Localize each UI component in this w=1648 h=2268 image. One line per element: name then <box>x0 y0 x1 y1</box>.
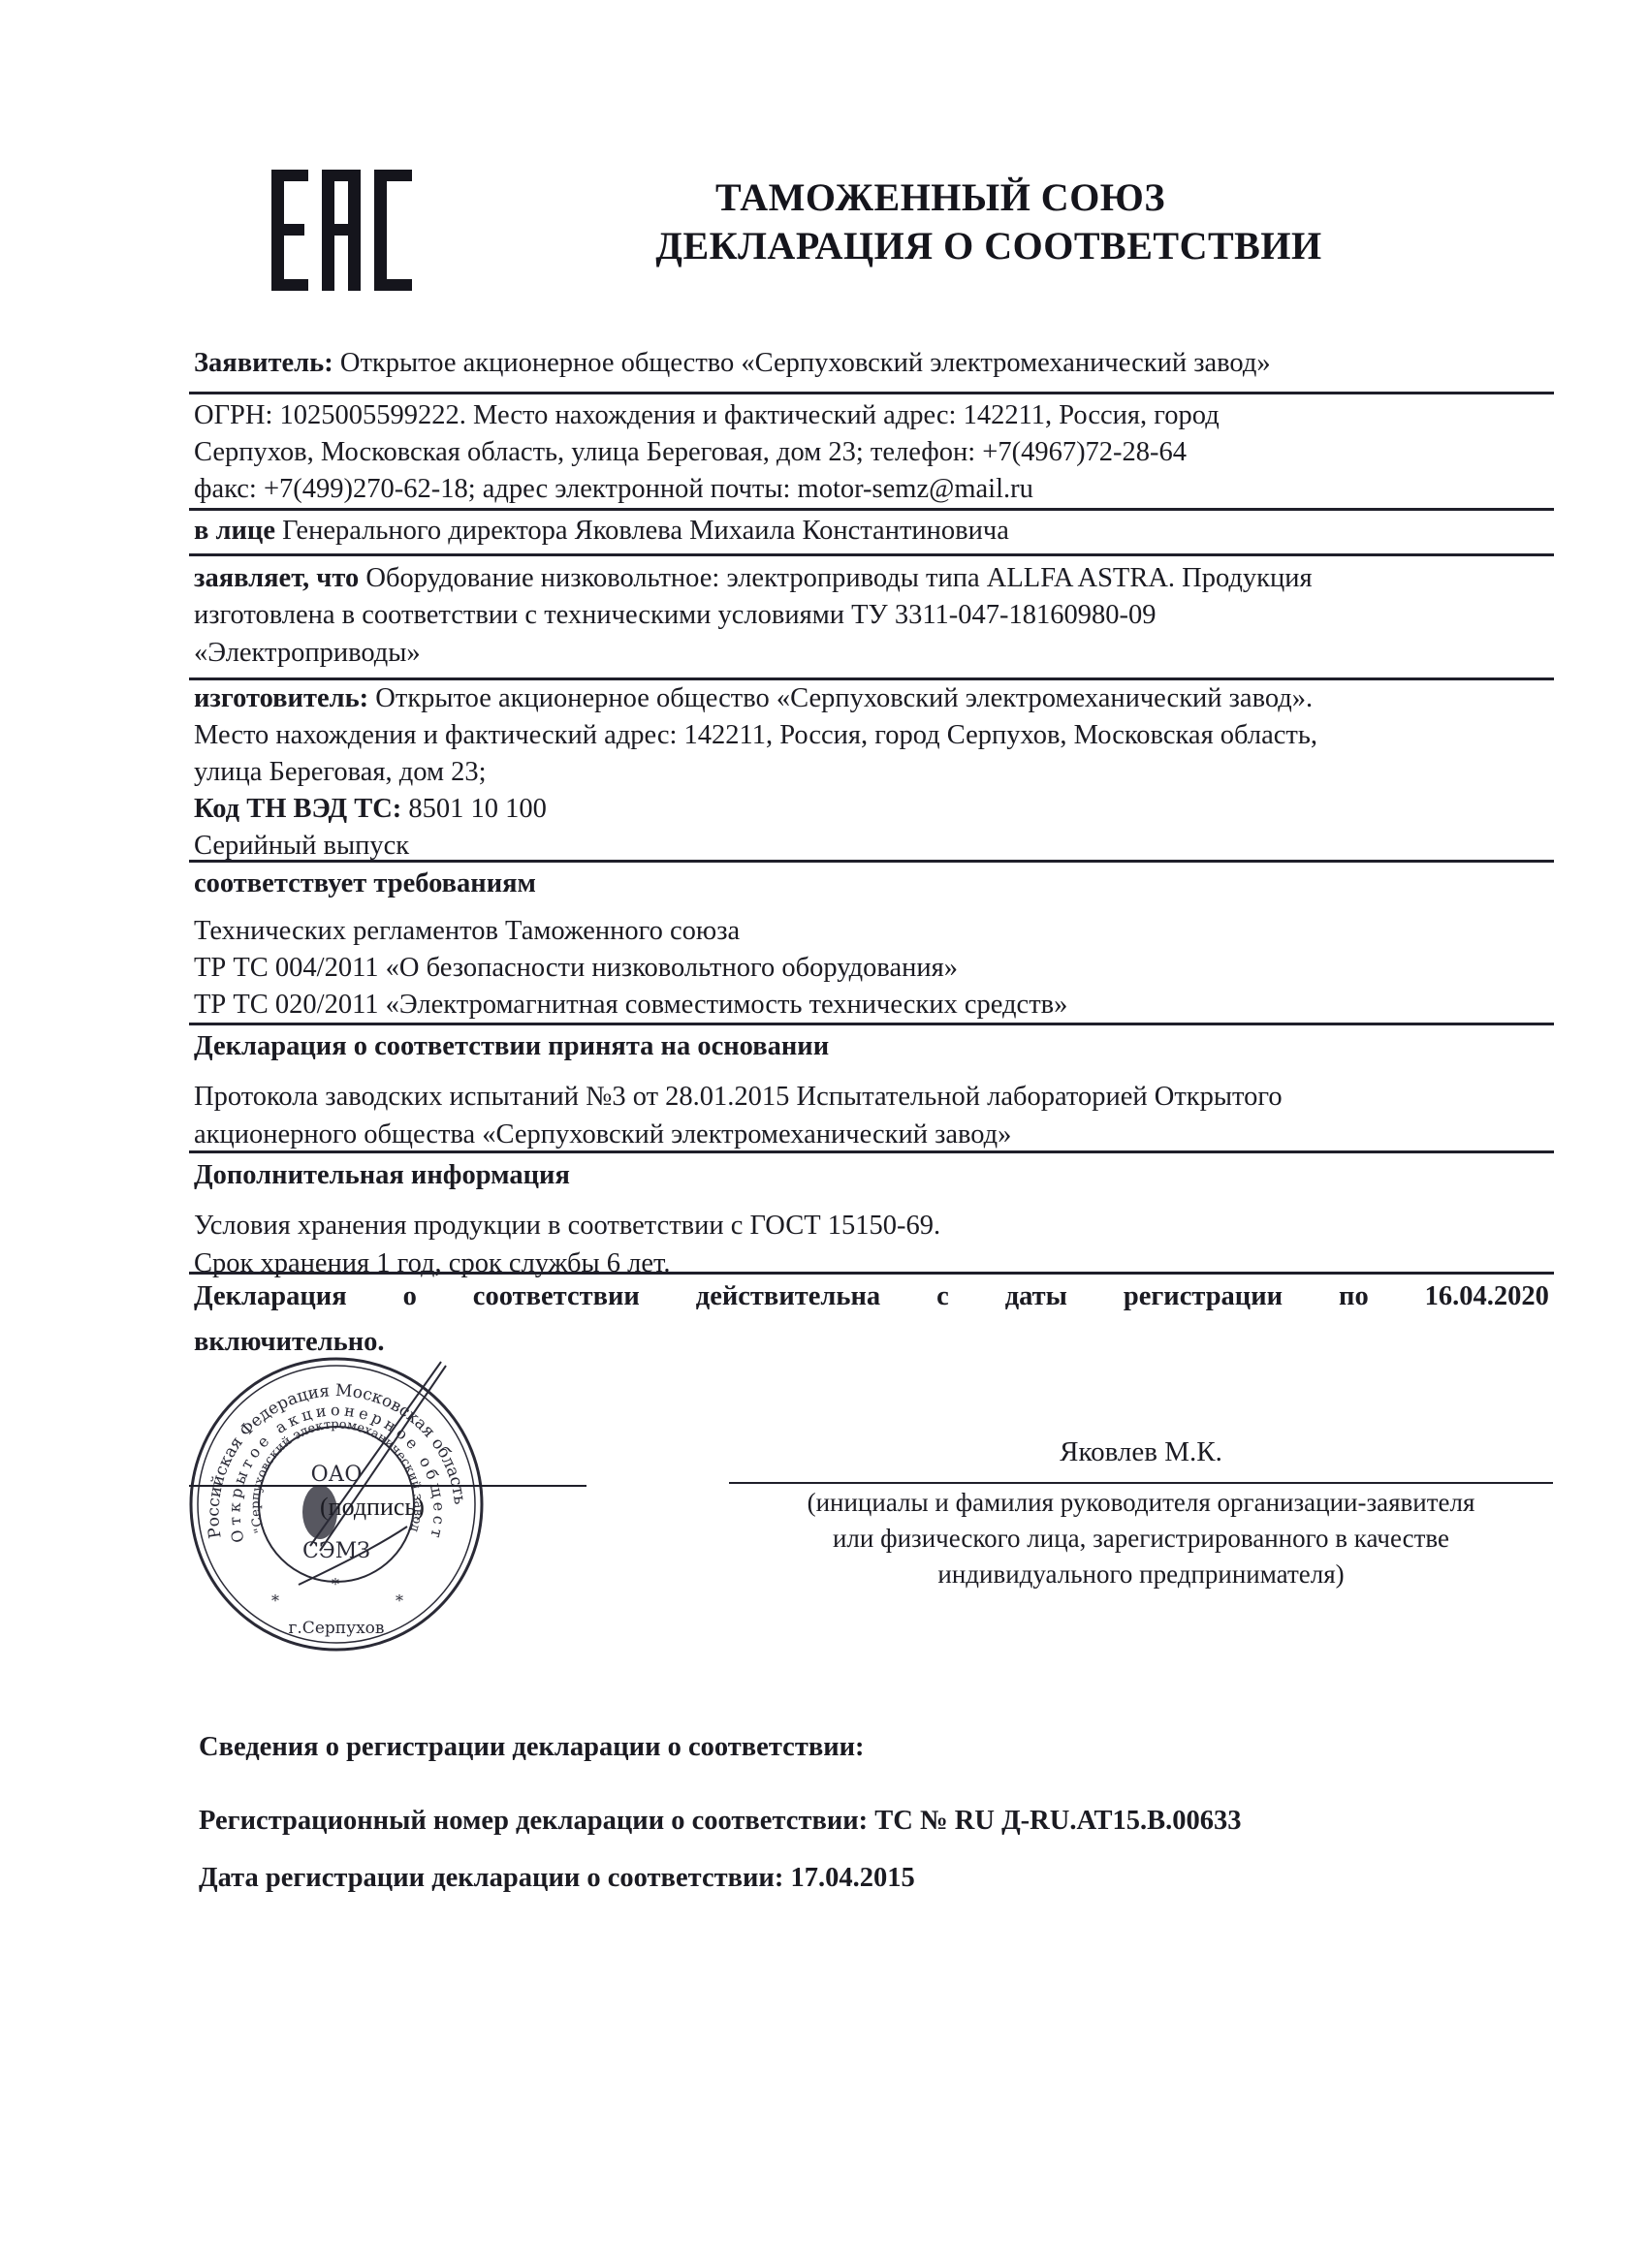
name-line <box>729 1482 1553 1484</box>
name-caption-line1: (инициалы и фамилия руководителя организ… <box>729 1485 1553 1521</box>
svg-text:*: * <box>332 1575 339 1593</box>
hs-code-value: 8501 10 100 <box>408 794 547 824</box>
registration-heading: Сведения о регистрации декларации о соот… <box>199 1732 865 1763</box>
divider <box>189 508 1554 511</box>
manufacturer-row: изготовитель: Открытое акционерное общес… <box>194 680 1313 717</box>
validity-word: Декларация <box>194 1281 347 1312</box>
validity-word: по <box>1339 1281 1369 1312</box>
registration-number-row: Регистрационный номер декларации о соотв… <box>199 1806 1242 1837</box>
hs-code-label: Код ТН ВЭД ТС: <box>194 794 401 824</box>
svg-text:г.Серпухов: г.Серпухов <box>289 1619 385 1638</box>
registration-number-label: Регистрационный номер декларации о соотв… <box>199 1806 868 1836</box>
validity-word: о <box>403 1281 417 1312</box>
registration-date-row: Дата регистрации декларации о соответств… <box>199 1863 915 1894</box>
divider <box>189 392 1554 394</box>
manufacturer-label: изготовитель: <box>194 683 368 713</box>
applicant-details-line1: ОГРН: 1025005599222. Место нахождения и … <box>194 397 1220 434</box>
registration-date-value: 17.04.2015 <box>790 1863 914 1893</box>
svg-text:*: * <box>271 1591 279 1610</box>
validity-word: соответствии <box>473 1281 640 1312</box>
eac-logo-icon <box>271 170 412 291</box>
signatory-name: Яковлев М.К. <box>729 1434 1553 1470</box>
manufacturer-line2: Место нахождения и фактический адрес: 14… <box>194 717 1317 754</box>
divider <box>189 553 1554 556</box>
name-caption-line3: индивидуального предпринимателя) <box>729 1557 1553 1592</box>
divider <box>189 1150 1554 1153</box>
requirements-line2: ТР ТС 004/2011 «О безопасности низковоль… <box>194 950 958 987</box>
registration-number-value: ТС № RU Д-RU.АТ15.В.00633 <box>874 1806 1241 1836</box>
divider <box>189 1272 1554 1275</box>
applicant-details-line3: факс: +7(499)270-62-18; адрес электронно… <box>194 471 1033 508</box>
additional-heading: Дополнительная информация <box>194 1157 570 1194</box>
signature-line <box>189 1485 586 1487</box>
represented-by-value: Генерального директора Яковлева Михаила … <box>282 516 1009 546</box>
validity-word: регистрации <box>1124 1281 1283 1312</box>
declares-label: заявляет, что <box>194 563 359 593</box>
applicant-label: Заявитель: <box>194 348 333 378</box>
manufacturer-line3: улица Береговая, дом 23; <box>194 754 487 791</box>
validity-line1: Декларация о соответствии действительна … <box>194 1281 1549 1312</box>
declares-line2: изготовлена в соответствии с техническим… <box>194 597 1157 634</box>
svg-text:*: * <box>396 1591 403 1610</box>
divider <box>189 1023 1554 1025</box>
validity-end-date: 16.04.2020 <box>1425 1281 1549 1312</box>
validity-word: даты <box>1005 1281 1067 1312</box>
requirements-line1: Технических регламентов Таможенного союз… <box>194 913 740 950</box>
divider <box>189 860 1554 863</box>
applicant-value: Открытое акционерное общество «Серпуховс… <box>340 348 1271 378</box>
signature-caption: (подпись) <box>320 1493 425 1522</box>
applicant-details-line2: Серпухов, Московская область, улица Бере… <box>194 434 1187 471</box>
manufacturer-line1: Открытое акционерное общество «Серпуховс… <box>375 683 1313 713</box>
requirements-heading: соответствует требованиям <box>194 866 536 902</box>
basis-line1: Протокола заводских испытаний №3 от 28.0… <box>194 1079 1283 1116</box>
registration-date-label: Дата регистрации декларации о соответств… <box>199 1863 783 1893</box>
represented-by-label: в лице <box>194 516 275 546</box>
validity-word: с <box>936 1281 949 1312</box>
document-title-union: ТАМОЖЕННЫЙ СОЮЗ <box>620 174 1260 220</box>
additional-line2: Срок хранения 1 год, срок службы 6 лет. <box>194 1245 670 1282</box>
declares-line3: «Электроприводы» <box>194 635 421 672</box>
applicant-row: Заявитель: Открытое акционерное общество… <box>194 345 1271 382</box>
additional-line1: Условия хранения продукции в соответстви… <box>194 1208 940 1244</box>
name-caption-line2: или физического лица, зарегистрированног… <box>729 1521 1553 1557</box>
declares-line1: Оборудование низковольтное: электроприво… <box>365 563 1312 593</box>
validity-word: действительна <box>696 1281 880 1312</box>
requirements-line3: ТР ТС 020/2011 «Электромагнитная совмест… <box>194 987 1067 1024</box>
basis-heading: Декларация о соответствии принята на осн… <box>194 1028 829 1065</box>
hs-code-row: Код ТН ВЭД ТС: 8501 10 100 <box>194 791 547 828</box>
represented-by-row: в лице Генерального директора Яковлева М… <box>194 513 1009 550</box>
declares-row: заявляет, что Оборудование низковольтное… <box>194 560 1313 597</box>
basis-line2: акционерного общества «Серпуховский элек… <box>194 1117 1011 1153</box>
document-title-declaration: ДЕКЛАРАЦИЯ О СООТВЕТСТВИИ <box>611 223 1367 268</box>
